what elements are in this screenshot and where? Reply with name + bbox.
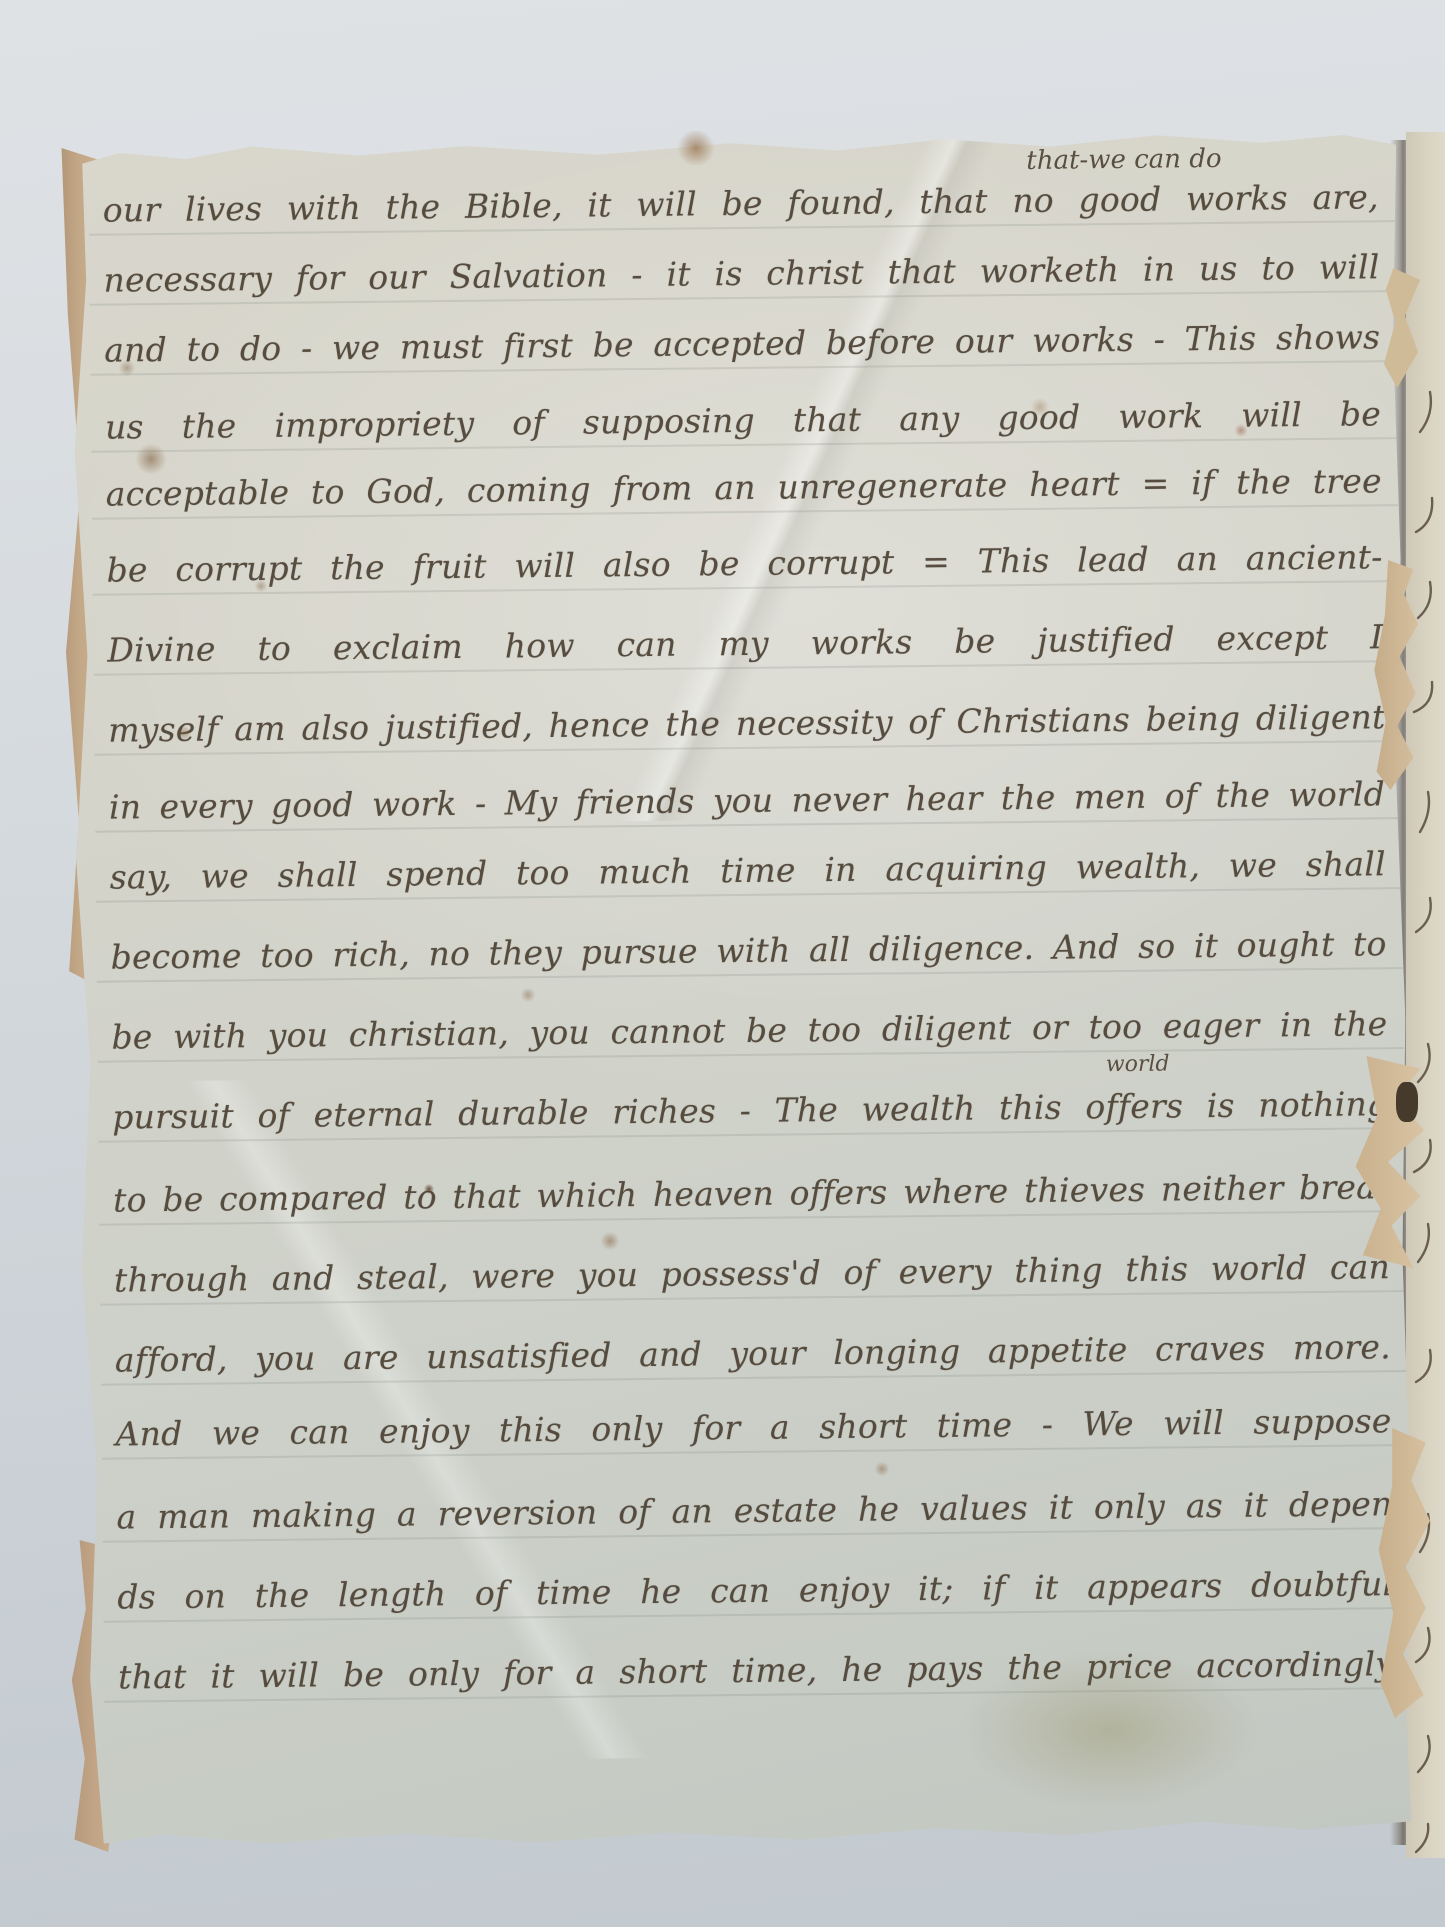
manuscript-line: that it will be only for a short time, h… [118, 1635, 1395, 1706]
manuscript-line: myself am also justified, hence the nece… [108, 688, 1385, 759]
manuscript-line: And we can enjoy this only for a short t… [115, 1392, 1392, 1463]
manuscript-line: acceptable to God, coming from an unrege… [105, 452, 1382, 523]
photo-background: that-we can do our lives with the Bible,… [0, 0, 1445, 1927]
inserted-word-world: world [1106, 1049, 1226, 1080]
manuscript-line: our lives with the Bible, it will be fou… [102, 168, 1379, 239]
manuscript-line: become too rich, no they pursue with all… [110, 915, 1387, 986]
manuscript-line: through and steal, were you possess'd of… [114, 1238, 1391, 1309]
manuscript-line: in every good work - My friends you neve… [109, 765, 1386, 836]
manuscript-line: and to do - we must first be accepted be… [104, 308, 1381, 379]
manuscript-line: pursuit of eternal durable riches - The … [112, 1075, 1389, 1146]
manuscript-line: us the impropriety of supposing that any… [105, 385, 1382, 456]
manuscript-line: to be compared to that which heaven offe… [113, 1158, 1390, 1229]
manuscript-page: that-we can do our lives with the Bible,… [66, 131, 1414, 1849]
manuscript-line: Divine to exclaim how can my works be ju… [107, 608, 1384, 679]
manuscript-line: say, we shall spend too much time in acq… [109, 835, 1386, 906]
manuscript-line: necessary for our Salvation - it is chri… [103, 238, 1380, 309]
manuscript-line: a man making a reversion of an estate he… [116, 1475, 1393, 1546]
manuscript-line: afford, you are unsatisfied and your lon… [115, 1318, 1392, 1389]
manuscript-line: be corrupt the fruit will also be corrup… [106, 528, 1383, 599]
binding-tear-hole [1396, 1082, 1418, 1122]
manuscript-line: ds on the length of time he can enjoy it… [117, 1555, 1394, 1626]
